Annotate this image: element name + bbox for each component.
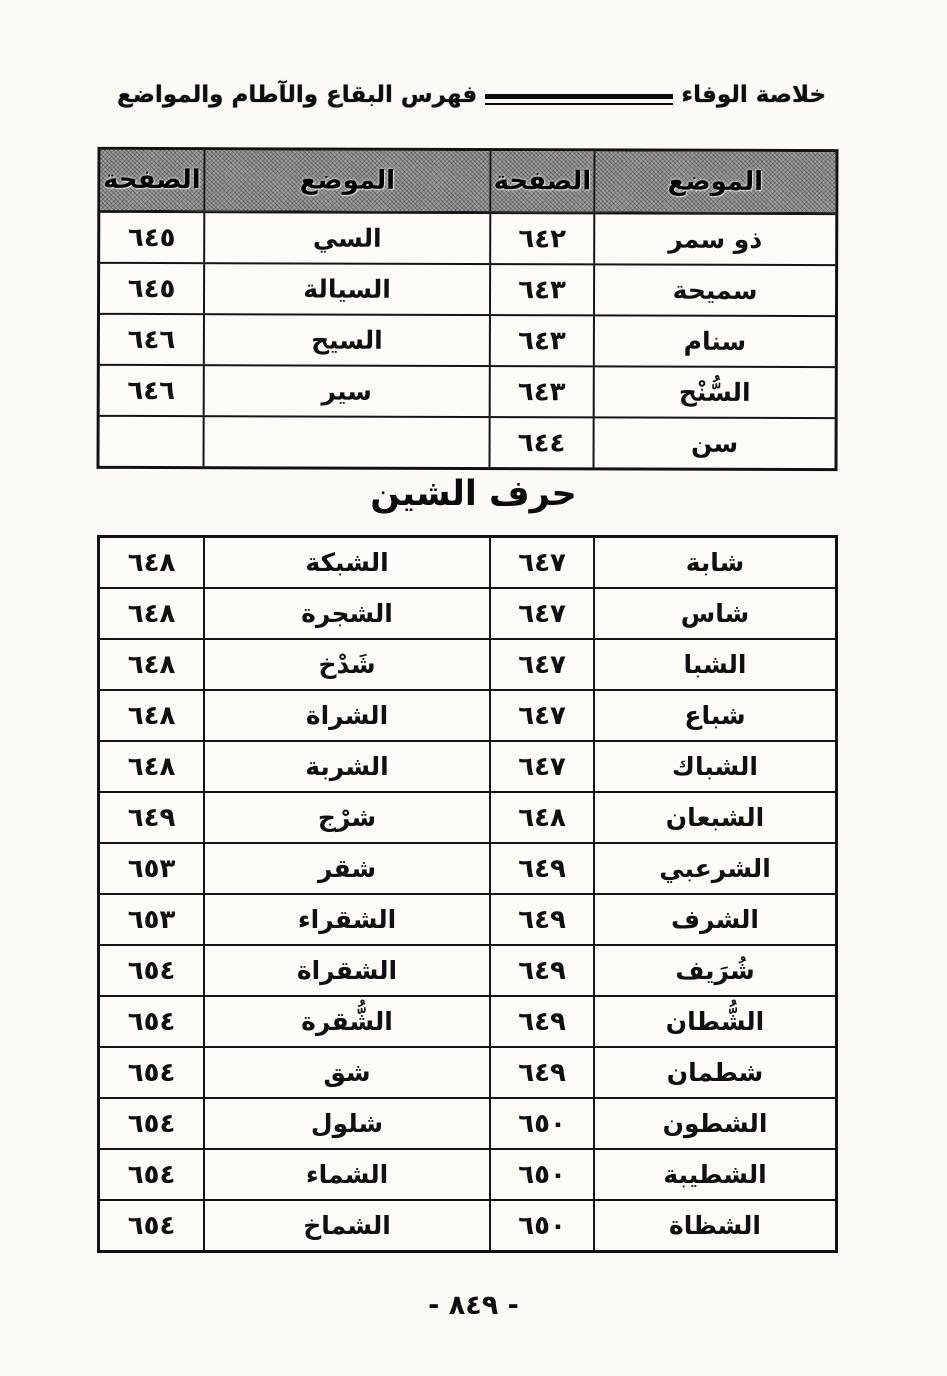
table-row: سميحة٦٤٣السيالة٦٤٥ [100,262,835,315]
page-number-cell: ٦٥٤ [100,997,205,1046]
table-row: السُّنْح٦٤٣سير٦٤٦ [100,364,835,417]
place-name-cell: السُّنْح [595,367,835,417]
index-table-shin: شابة٦٤٧الشبكة٦٤٨شاس٦٤٧الشجرة٦٤٨الشبا٦٤٧ش… [97,535,838,1253]
place-name-cell: شابة [595,538,835,587]
scanned-page: فهرس البقاع والآطام والمواضع خلاصة الوفا… [0,0,947,1376]
book-title-text: خلاصة الوفاء [681,82,826,108]
page-number-cell: ٦٥٤ [100,1099,205,1148]
place-name-cell: ذو سمر [595,214,835,264]
table-row: ذو سمر٦٤٢السي٦٤٥ [100,211,835,264]
place-name-cell [205,417,491,467]
place-name-cell: شَدْخ [205,640,491,689]
page-number-cell: ٦٤٩ [491,895,595,944]
place-name-cell: الشراة [205,691,491,740]
page-number-cell: ٦٤٩ [491,997,595,1046]
page-number-cell: ٦٤٨ [100,742,205,791]
page-number-cell: ٦٤٨ [100,691,205,740]
place-name-cell: سميحة [595,265,835,315]
place-name-cell: الشُّقرة [205,997,491,1046]
page-number-cell: ٦٤٨ [100,538,205,587]
place-name-cell: الشرف [595,895,835,944]
page-number-cell: ٦٤٧ [491,691,595,740]
column-header-page: الصفحة [100,150,205,210]
place-name-cell: الشُّطان [595,997,835,1046]
index-table-sin: الموضع الصفحة الموضع الصفحة ذو سمر٦٤٢الس… [96,147,838,471]
place-name-cell: شُرَيف [595,946,835,995]
page-number-cell: ٦٤٨ [491,793,595,842]
page-number-cell: ٦٥٠ [491,1099,595,1148]
place-name-cell: شلول [205,1099,491,1148]
place-name-cell: الشجرة [205,589,491,638]
table-row: الشرعبي٦٤٩شقر٦٥٣ [100,842,835,893]
page-number-cell: ٦٤٩ [491,946,595,995]
section-heading-shin: حرف الشين [0,474,947,514]
place-name-cell: الشقراة [205,946,491,995]
page-number-cell: ٦٤٩ [491,844,595,893]
place-name-cell: السيح [205,315,491,365]
place-name-cell: شق [205,1048,491,1097]
column-header-place: الموضع [595,151,835,212]
place-name-cell: شرْج [205,793,491,842]
page-number-cell: ٦٥٤ [100,946,205,995]
table-row: الشبا٦٤٧شَدْخ٦٤٨ [100,638,835,689]
page-number-cell: ٦٤٣ [491,367,595,416]
running-head: فهرس البقاع والآطام والمواضع خلاصة الوفا… [117,76,826,114]
page-number-cell [100,417,205,466]
page-number-cell: ٦٤٧ [491,538,595,587]
place-name-cell: الشطيبة [595,1150,835,1199]
page-number-cell: ٦٤٨ [100,589,205,638]
place-name-cell: الشطون [595,1099,835,1148]
page-number-cell: ٦٤٩ [491,1048,595,1097]
place-name-cell: السي [205,213,491,263]
page-number-cell: ٦٤٦ [100,366,205,415]
page-number-cell: ٦٤٥ [100,213,205,262]
page-number-cell: ٦٤٤ [491,418,595,467]
place-name-cell: الشرعبي [595,844,835,893]
table-row: سنام٦٤٣السيح٦٤٦ [100,313,835,366]
place-name-cell: الشبكة [205,538,491,587]
table-row: شُرَيف٦٤٩الشقراة٦٥٤ [100,944,835,995]
place-name-cell: الشماء [205,1150,491,1199]
page-number-cell: ٦٤٣ [491,265,595,314]
table-row: شابة٦٤٧الشبكة٦٤٨ [100,538,835,587]
page-number-cell: ٦٤٢ [491,214,595,263]
place-name-cell: سنام [595,316,835,366]
column-header-page: الصفحة [491,151,595,211]
place-name-cell: شباع [595,691,835,740]
column-header-place: الموضع [205,150,491,211]
table-row: الشُّطان٦٤٩الشُّقرة٦٥٤ [100,995,835,1046]
place-name-cell: الشباك [595,742,835,791]
page-number-cell: ٦٤٧ [491,742,595,791]
page-number-cell: ٦٤٨ [100,640,205,689]
table-row: الشرف٦٤٩الشقراء٦٥٣ [100,893,835,944]
place-name-cell: سن [595,418,835,468]
table-row: شطمان٦٤٩شق٦٥٤ [100,1046,835,1097]
place-name-cell: الشربة [205,742,491,791]
page-number-cell: ٦٤٥ [100,264,205,313]
table-row: سن٦٤٤ [100,415,835,468]
page-number-cell: ٦٤٧ [491,640,595,689]
table-row: الشطون٦٥٠شلول٦٥٤ [100,1097,835,1148]
table-row: شاس٦٤٧الشجرة٦٤٨ [100,587,835,638]
place-name-cell: الشماخ [205,1201,491,1250]
place-name-cell: شطمان [595,1048,835,1097]
page-number-cell: ٦٥٣ [100,895,205,944]
table-row: الشظاة٦٥٠الشماخ٦٥٤ [100,1199,835,1250]
table-header-row: الموضع الصفحة الموضع الصفحة [100,150,835,213]
place-name-cell: الشبا [595,640,835,689]
table-row: الشبعان٦٤٨شرْج٦٤٩ [100,791,835,842]
table-row: الشباك٦٤٧الشربة٦٤٨ [100,740,835,791]
place-name-cell: سير [205,366,491,416]
page-number-cell: ٦٥٣ [100,844,205,893]
place-name-cell: شقر [205,844,491,893]
table-row: شباع٦٤٧الشراة٦٤٨ [100,689,835,740]
place-name-cell: الشقراء [205,895,491,944]
page-number-cell: ٦٥٤ [100,1048,205,1097]
place-name-cell: الشبعان [595,793,835,842]
page-number: - ٨٤٩ - [0,1290,947,1321]
separator-rule [485,94,673,105]
index-title-text: فهرس البقاع والآطام والمواضع [117,82,477,108]
page-number-cell: ٦٥٠ [491,1201,595,1250]
page-number-cell: ٦٤٧ [491,589,595,638]
page-number-cell: ٦٤٦ [100,315,205,364]
place-name-cell: شاس [595,589,835,638]
page-number-cell: ٦٥٤ [100,1201,205,1250]
page-number-cell: ٦٤٩ [100,793,205,842]
page-number-cell: ٦٤٣ [491,316,595,365]
place-name-cell: الشظاة [595,1201,835,1250]
table-row: الشطيبة٦٥٠الشماء٦٥٤ [100,1148,835,1199]
page-number-cell: ٦٥٠ [491,1150,595,1199]
place-name-cell: السيالة [205,264,491,314]
page-number-cell: ٦٥٤ [100,1150,205,1199]
